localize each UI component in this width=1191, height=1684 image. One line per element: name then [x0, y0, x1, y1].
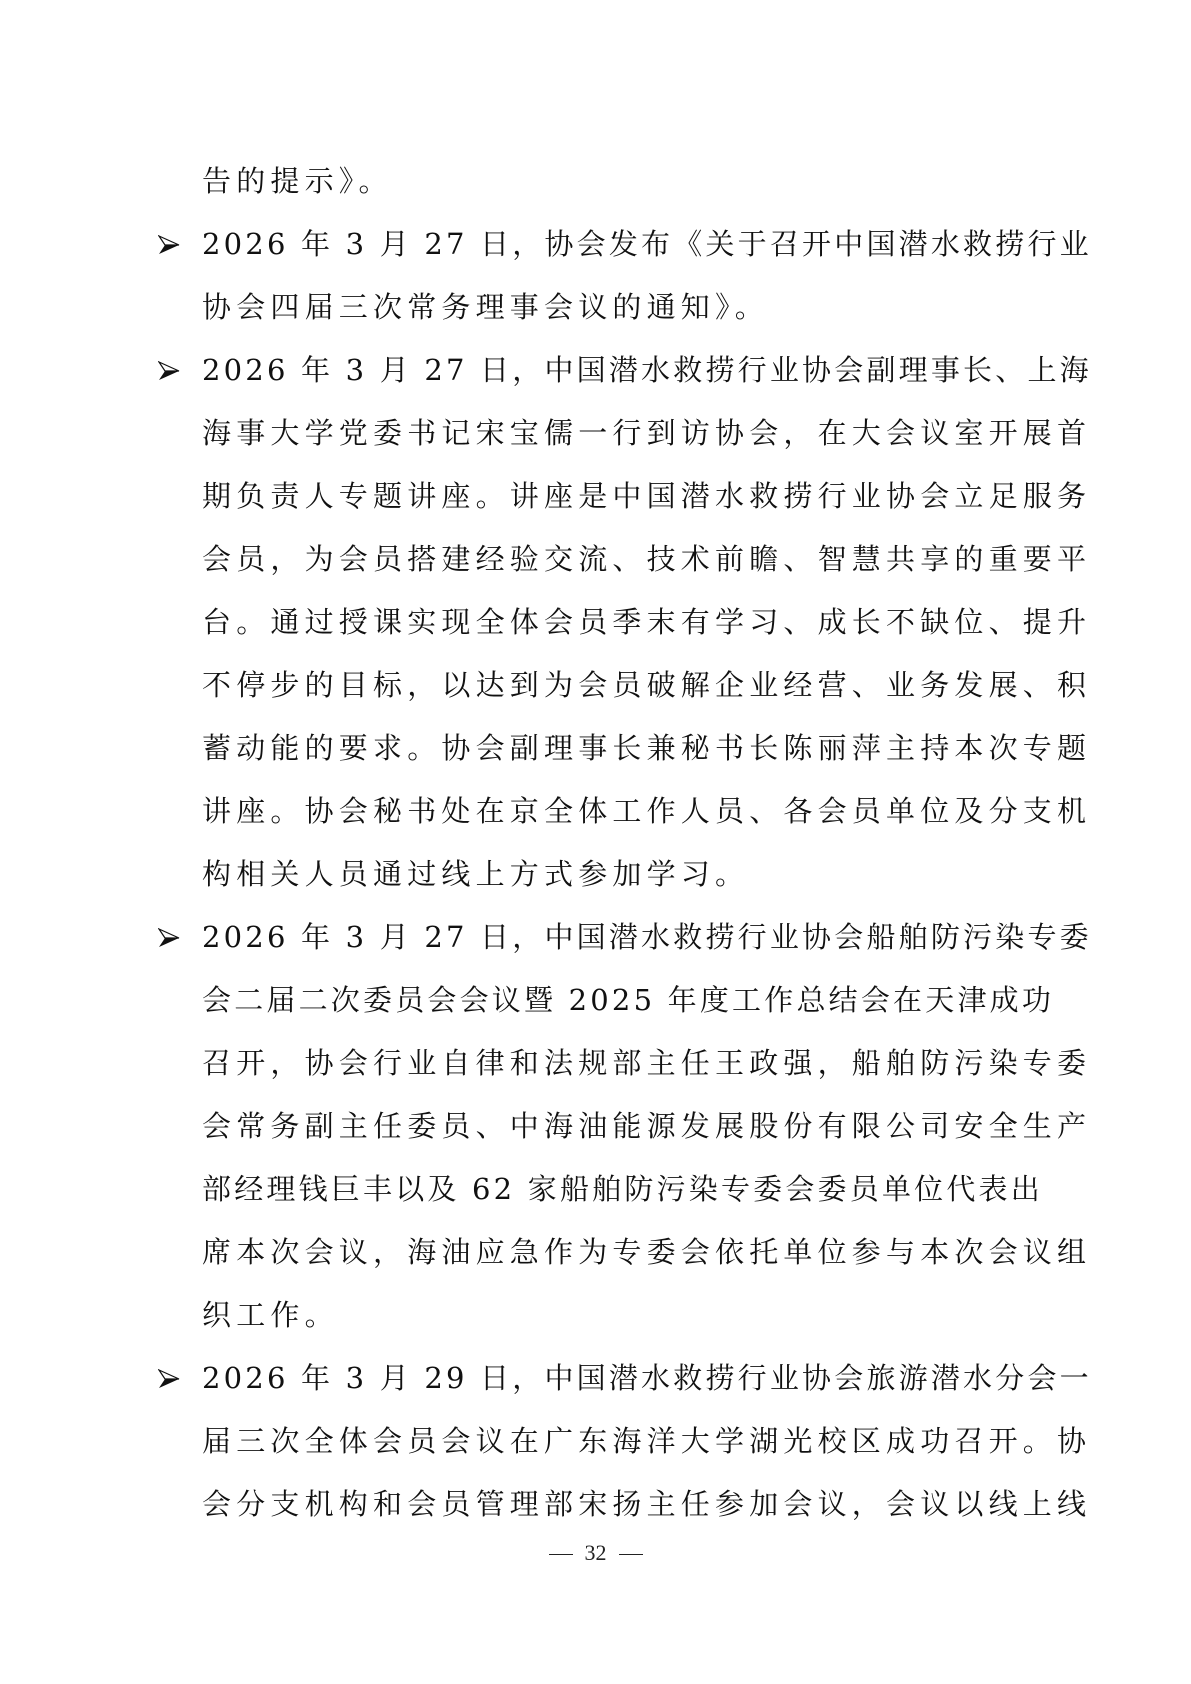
arrowhead-bullet-icon	[156, 213, 182, 276]
list-item-first-line: 2026 年 3 月 27 日，中国潜水救捞行业协会副理事长、上海	[202, 339, 1037, 402]
paragraph-continuation-line: 告的提示》。	[202, 150, 1037, 213]
arrowhead-bullet-icon	[156, 906, 182, 969]
footer-dash-left	[549, 1554, 573, 1555]
list-item-line: 讲座。协会秘书处在京全体工作人员、各会员单位及分支机	[202, 780, 1037, 843]
footer-dash-right	[619, 1554, 643, 1555]
list-item-line: 会常务副主任委员、中海油能源发展股份有限公司安全生产	[202, 1095, 1037, 1158]
list-item-line: 席本次会议，海油应急作为专委会依托单位参与本次会议组	[202, 1221, 1037, 1284]
list-item-line: 召开，协会行业自律和法规部主任王政强，船舶防污染专委	[202, 1032, 1037, 1095]
arrowhead-bullet-icon	[156, 1347, 182, 1410]
document-page: 告的提示》。 2026 年 3 月 27 日，协会发布《关于召开中国潜水救捞行业…	[0, 0, 1191, 1684]
list-item-line: 构相关人员通过线上方式参加学习。	[202, 843, 1037, 906]
list-item-line: 届三次全体会员会议在广东海洋大学湖光校区成功召开。协	[202, 1410, 1037, 1473]
list-item-line: 期负责人专题讲座。讲座是中国潜水救捞行业协会立足服务	[202, 465, 1037, 528]
list-item-line: 不停步的目标，以达到为会员破解企业经营、业务发展、积	[202, 654, 1037, 717]
list-item-line: 蓄动能的要求。协会副理事长兼秘书长陈丽萍主持本次专题	[202, 717, 1037, 780]
arrowhead-bullet-icon	[156, 339, 182, 402]
list-item-line: 会员，为会员搭建经验交流、技术前瞻、智慧共享的重要平	[202, 528, 1037, 591]
list-item-line: 海事大学党委书记宋宝儒一行到访协会，在大会议室开展首	[202, 402, 1037, 465]
list-item-first-line: 2026 年 3 月 27 日，协会发布《关于召开中国潜水救捞行业	[202, 213, 1037, 276]
list-item-line: 协会四届三次常务理事会议的通知》。	[202, 276, 1037, 339]
list-item-first-line: 2026 年 3 月 29 日，中国潜水救捞行业协会旅游潜水分会一	[202, 1347, 1037, 1410]
list-item-line: 部经理钱巨丰以及 62 家船舶防污染专委会委员单位代表出	[202, 1158, 1037, 1221]
list-item-first-line: 2026 年 3 月 27 日，中国潜水救捞行业协会船舶防污染专委	[202, 906, 1037, 969]
list-item-line: 台。通过授课实现全体会员季末有学习、成长不缺位、提升	[202, 591, 1037, 654]
document-body: 告的提示》。 2026 年 3 月 27 日，协会发布《关于召开中国潜水救捞行业…	[202, 150, 1037, 1536]
page-number: 32	[585, 1540, 607, 1565]
list-item-line: 会二届二次委员会会议暨 2025 年度工作总结会在天津成功	[202, 969, 1037, 1032]
list-item-line: 织工作。	[202, 1284, 1037, 1347]
page-footer: 32	[0, 1540, 1191, 1566]
list-item-line: 会分支机构和会员管理部宋扬主任参加会议，会议以线上线	[202, 1473, 1037, 1536]
